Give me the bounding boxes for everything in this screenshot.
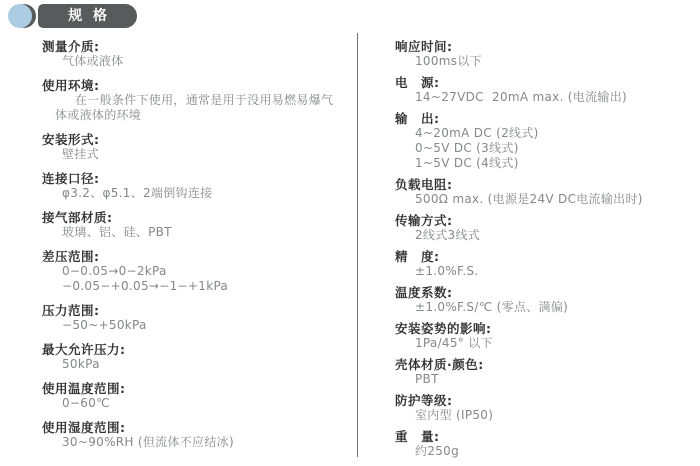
spec-value-line: 玻璃、铝、硅、PBT [62,225,347,240]
spec-value-line: 气体或液体 [62,54,347,69]
spec-item: 响应时间: 100ms以下 [395,39,692,69]
spec-columns: 测量介质: 气体或液体 使用环境: 在一般条件下使用，通常是用于没用易燃易爆气体… [0,33,700,466]
spec-label: 温度系数: [395,285,692,300]
spec-item: 最大允许压力: 50kPa [42,342,347,372]
spec-label: 防护等级: [395,393,692,408]
spec-item: 使用温度范围: 0−60℃ [42,381,347,411]
spec-label: 使用湿度范围: [42,420,347,435]
spec-value-line: −50~+50kPa [62,318,347,333]
spec-value-line: 14~27VDC 20mA max. (电流输出) [415,90,692,105]
section-title-pill: 规 格 [38,4,137,28]
spec-column-right: 响应时间: 100ms以下 电 源: 14~27VDC 20mA max. (电… [358,33,700,466]
spec-item: 接气部材质: 玻璃、铝、硅、PBT [42,210,347,240]
spec-value-line: 1Pa/45° 以下 [415,336,692,351]
spec-label: 传输方式: [395,213,692,228]
spec-label: 安装形式: [42,132,347,147]
spec-label: 最大允许压力: [42,342,347,357]
spec-label: 使用温度范围: [42,381,347,396]
spec-value-line: 0−60℃ [62,396,347,411]
spec-label: 差压范围: [42,249,347,264]
spec-values: 1Pa/45° 以下 [395,336,692,351]
spec-value-line: −0.05−+0.05→−1−+1kPa [62,279,347,294]
spec-item: 测量介质: 气体或液体 [42,39,347,69]
spec-values: PBT [395,372,692,387]
section-title: 规 格 [65,9,110,23]
spec-values: 100ms以下 [395,54,692,69]
spec-values: 在一般条件下使用，通常是用于没用易燃易爆气体或液体的环境 [42,93,347,123]
spec-values: 玻璃、铝、硅、PBT [42,225,347,240]
spec-value-line: 室内型 (IP50) [415,408,692,423]
spec-value-line: 约250g [415,444,692,459]
spec-label: 压力范围: [42,303,347,318]
spec-value-line: 体或液体的环境 [55,108,347,123]
spec-values: 约250g [395,444,692,459]
spec-values: 0−0.05→0−2kPa−0.05−+0.05→−1−+1kPa [42,264,347,294]
spec-label: 输 出: [395,111,692,126]
spec-label: 重 量: [395,429,692,444]
spec-item: 电 源: 14~27VDC 20mA max. (电流输出) [395,75,692,105]
spec-values: 室内型 (IP50) [395,408,692,423]
spec-value-line: 500Ω max. (电源是24V DC电流输出时) [415,192,692,207]
spec-values: 壁挂式 [42,147,347,162]
spec-label: 负载电阻: [395,177,692,192]
spec-sheet-page: 规 格 测量介质: 气体或液体 使用环境: 在一般条件下使用，通常是用于没用易燃… [0,0,700,466]
spec-item: 温度系数: ±1.0%F.S/℃ (零点、满偏) [395,285,692,315]
spec-value-line: ±1.0%F.S. [415,264,692,279]
spec-item: 使用环境: 在一般条件下使用，通常是用于没用易燃易爆气体或液体的环境 [42,78,347,123]
spec-item: 防护等级: 室内型 (IP50) [395,393,692,423]
spec-value-line: 50kPa [62,357,347,372]
spec-values: 2线式3线式 [395,228,692,243]
spec-item: 差压范围: 0−0.05→0−2kPa−0.05−+0.05→−1−+1kPa [42,249,347,294]
spec-label: 精 度: [395,249,692,264]
spec-value-line: 100ms以下 [415,54,692,69]
spec-label: 响应时间: [395,39,692,54]
spec-item: 压力范围: −50~+50kPa [42,303,347,333]
spec-values: −50~+50kPa [42,318,347,333]
spec-item: 重 量: 约250g [395,429,692,459]
spec-value-line: 30~90%RH (但流体不应结冰) [62,435,347,450]
spec-values: 500Ω max. (电源是24V DC电流输出时) [395,192,692,207]
spec-value-line: 0−0.05→0−2kPa [62,264,347,279]
spec-value-line: 壁挂式 [62,147,347,162]
spec-item: 传输方式: 2线式3线式 [395,213,692,243]
badge-dot-icon [8,4,32,28]
spec-label: 安装姿势的影响: [395,321,692,336]
spec-values: 30~90%RH (但流体不应结冰) [42,435,347,450]
spec-values: ±1.0%F.S/℃ (零点、满偏) [395,300,692,315]
spec-item: 精 度: ±1.0%F.S. [395,249,692,279]
spec-label: 壳体材质·颜色: [395,357,692,372]
spec-item: 使用湿度范围: 30~90%RH (但流体不应结冰) [42,420,347,450]
spec-item: 安装形式: 壁挂式 [42,132,347,162]
spec-label: 使用环境: [42,78,347,93]
spec-value-line: 4~20mA DC (2线式) [415,126,692,141]
spec-values: ±1.0%F.S. [395,264,692,279]
spec-value-line: 在一般条件下使用，通常是用于没用易燃易爆气 [75,93,347,108]
spec-label: 电 源: [395,75,692,90]
spec-values: 0−60℃ [42,396,347,411]
spec-values: 50kPa [42,357,347,372]
spec-item: 负载电阻: 500Ω max. (电源是24V DC电流输出时) [395,177,692,207]
spec-item: 壳体材质·颜色: PBT [395,357,692,387]
spec-values: 4~20mA DC (2线式)0~5V DC (3线式)1~5V DC (4线式… [395,126,692,171]
spec-label: 接气部材质: [42,210,347,225]
spec-values: φ3.2、φ5.1、2端倒钩连接 [42,186,347,201]
spec-label: 测量介质: [42,39,347,54]
section-header-badge: 规 格 [0,0,170,33]
spec-item: 安装姿势的影响: 1Pa/45° 以下 [395,321,692,351]
spec-value-line: 2线式3线式 [415,228,692,243]
spec-value-line: φ3.2、φ5.1、2端倒钩连接 [62,186,347,201]
spec-item: 输 出: 4~20mA DC (2线式)0~5V DC (3线式)1~5V DC… [395,111,692,171]
spec-value-line: PBT [415,372,692,387]
spec-item: 连接口径: φ3.2、φ5.1、2端倒钩连接 [42,171,347,201]
spec-values: 14~27VDC 20mA max. (电流输出) [395,90,692,105]
spec-value-line: 0~5V DC (3线式) [415,141,692,156]
spec-label: 连接口径: [42,171,347,186]
spec-value-line: ±1.0%F.S/℃ (零点、满偏) [415,300,692,315]
spec-value-line: 1~5V DC (4线式) [415,156,692,171]
spec-column-left: 测量介质: 气体或液体 使用环境: 在一般条件下使用，通常是用于没用易燃易爆气体… [0,33,357,466]
spec-values: 气体或液体 [42,54,347,69]
